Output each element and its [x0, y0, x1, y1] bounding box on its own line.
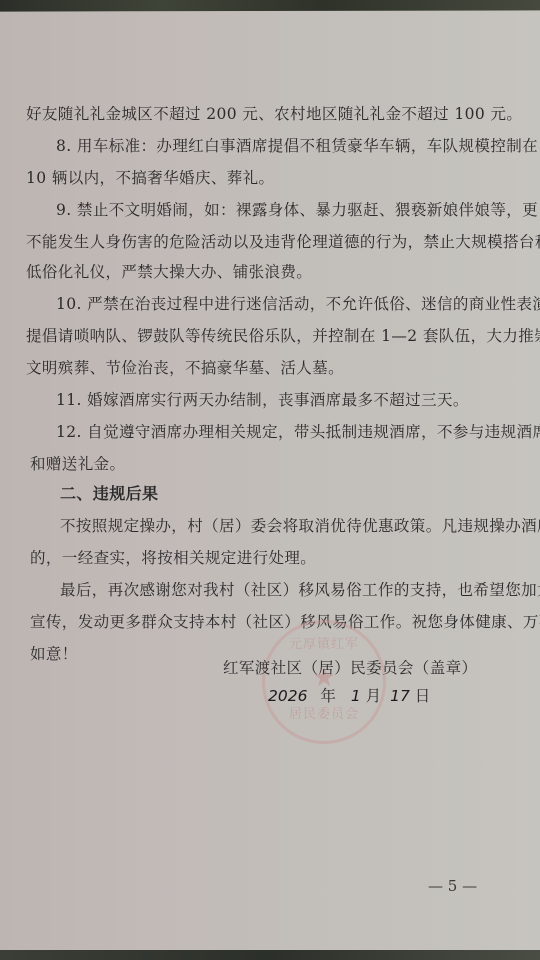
date-year-label: 年 [320, 687, 336, 705]
closing-line: 宣传，发动更多群众支持本村（社区）移风易俗工作。祝您身体健康、万事 [30, 612, 540, 632]
body-line: 好友随礼礼金城区不超过 200 元、农村地区随礼礼金不超过 100 元。 [26, 104, 522, 124]
document-page: 好友随礼礼金城区不超过 200 元、农村地区随礼礼金不超过 100 元。 8. … [0, 0, 540, 960]
date-line: 2026 年 1 月 17 日 [268, 684, 430, 706]
body-line-item-8: 8. 用车标准：办理红白事酒席提倡不租赁豪华车辆，车队规模控制在 [56, 136, 538, 156]
seal-top-text: 元厚镇红军 [265, 633, 383, 652]
closing-line: 最后，再次感谢您对我村（社区）移风易俗工作的支持，也希望您加大 [60, 580, 540, 600]
signature-line: 红军渡社区（居）民委员会（盖章） [223, 656, 477, 678]
page-number: — 5 — [428, 877, 477, 895]
body-line-item-11: 11. 婚嫁酒席实行两天办结制，丧事酒席最多不超过三天。 [56, 390, 469, 410]
section-heading: 二、违规后果 [60, 484, 158, 504]
body-line: 提倡请唢呐队、锣鼓队等传统民俗乐队，并控制在 1—2 套队伍，大力推崇 [26, 326, 540, 346]
body-line: 和赠送礼金。 [30, 454, 125, 474]
date-day: 17 [390, 687, 410, 705]
closing-line: 如意！ [30, 644, 78, 664]
date-year: 2026 [268, 687, 307, 705]
official-seal: 元厚镇红军 ★ 居民委员会 [262, 620, 386, 744]
body-line: 文明殡葬、节俭治丧，不搞豪华墓、活人墓。 [26, 358, 344, 378]
consequence-line: 的，一经查实，将按相关规定进行处理。 [30, 548, 316, 568]
body-line: 10 辆以内，不搞奢华婚庆、葬礼。 [26, 168, 274, 188]
body-line-item-12: 12. 自觉遵守酒席办理相关规定，带头抵制违规酒席，不参与违规酒席 [56, 422, 540, 442]
body-line: 不能发生人身伤害的危险活动以及违背伦理道德的行为，禁止大规模搭台和 [26, 232, 540, 252]
date-day-label: 日 [415, 687, 431, 705]
body-line-item-10: 10. 严禁在治丧过程中进行迷信活动，不允许低俗、迷信的商业性表演， [56, 294, 540, 314]
consequence-line: 不按照规定操办，村（居）委会将取消优待优惠政策。凡违规操办酒席 [60, 516, 540, 536]
date-month: 1 [351, 687, 361, 705]
body-line: 低俗化礼仪，严禁大操大办、铺张浪费。 [26, 262, 312, 282]
date-month-label: 月 [366, 687, 382, 705]
body-line-item-9: 9. 禁止不文明婚闹，如：裸露身体、暴力驱赶、猥亵新娘伴娘等，更 [56, 200, 538, 220]
